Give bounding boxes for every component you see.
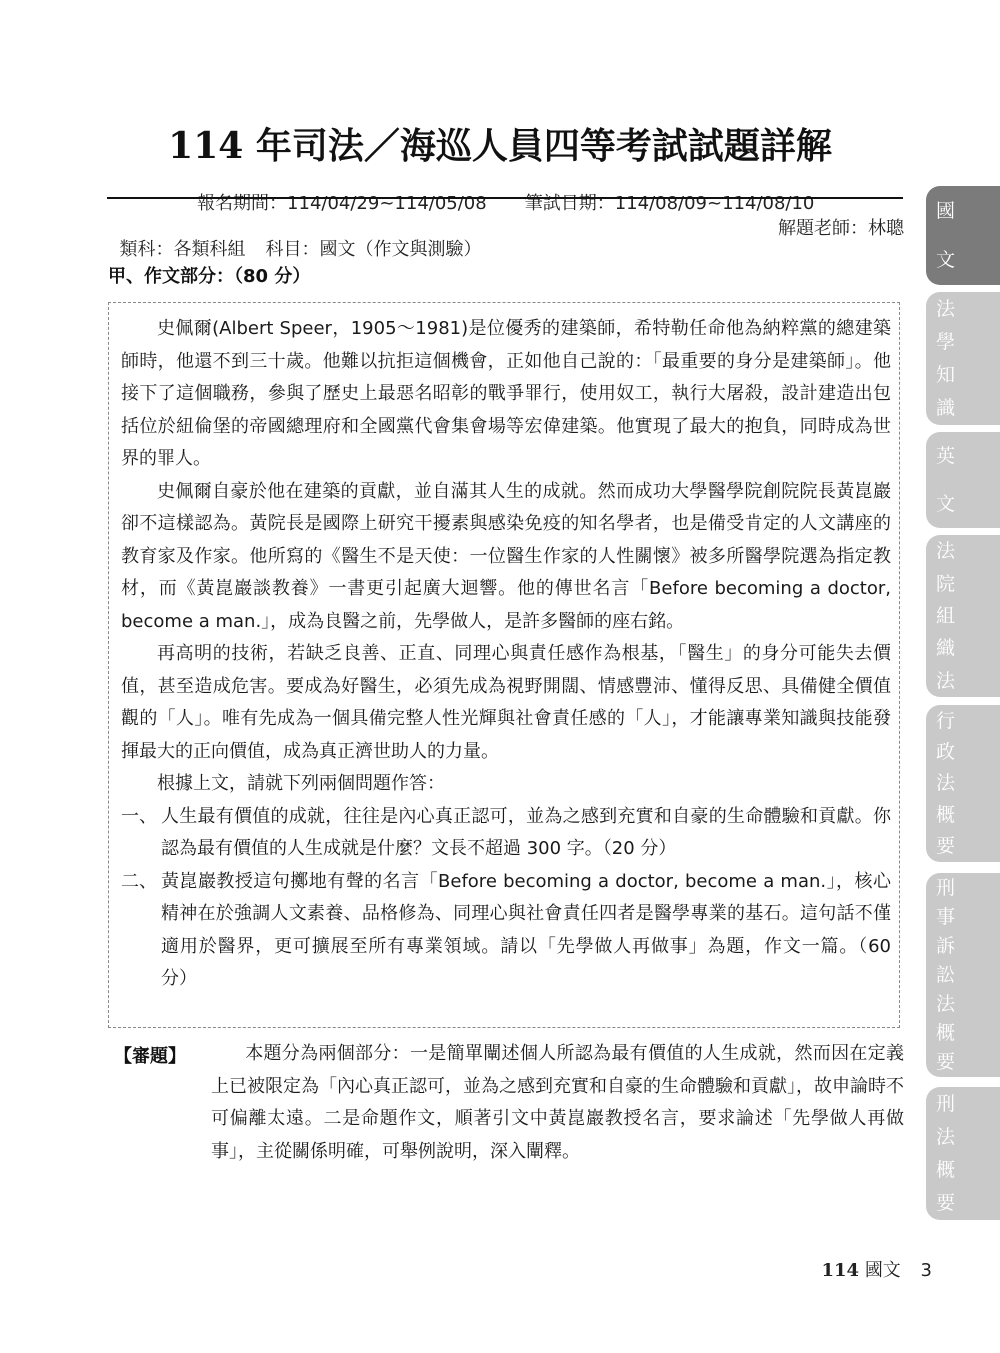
category-label: 類科：各類科組	[119, 239, 245, 260]
page-number: 3	[921, 1260, 932, 1281]
tab-chinese[interactable]: 國 文	[926, 186, 1000, 285]
title-divider	[107, 197, 903, 199]
review-text: 本題分為兩個部分：一是簡單闡述個人所認為最有價值的人生成就，然而因在定義上已被限…	[211, 1038, 904, 1168]
review-paragraph: 本題分為兩個部分：一是簡單闡述個人所認為最有價值的人生成就，然而因在定義上已被限…	[211, 1038, 904, 1168]
section-heading: 甲、作文部分：（80 分）	[108, 262, 310, 288]
question-number: 二、	[121, 866, 157, 899]
footer-subject: 國文	[865, 1260, 901, 1281]
question-1: 一、人生最有價值的成就，往往是內心真正認可，並為之感到充實和自豪的生命體驗和貢獻…	[121, 801, 891, 866]
tab-criminal-procedure-law[interactable]: 刑 事 訴 訟 法 概 要	[926, 873, 1000, 1077]
tab-administrative-law[interactable]: 行 政 法 概 要	[926, 705, 1000, 862]
question-text: 人生最有價值的成就，往往是內心真正認可，並為之感到充實和自豪的生命體驗和貢獻。你…	[161, 806, 891, 860]
tab-criminal-law[interactable]: 刑 法 概 要	[926, 1087, 1000, 1220]
passage-paragraph: 史佩爾自豪於他在建築的貢獻，並自滿其人生的成就。然而成功大學醫學院創院院長黃崑巖…	[121, 476, 891, 639]
passage-instruction: 根據上文，請就下列兩個問題作答：	[121, 768, 891, 801]
exam-schedule: 報名期間：114/04/29~114/05/08筆試日期：114/08/09~1…	[0, 168, 1000, 215]
exam-meta: 類科：各類科組科目：國文（作文與測驗）	[108, 214, 481, 261]
tab-english[interactable]: 英 文	[926, 432, 1000, 528]
footer-year: 114	[822, 1260, 860, 1281]
page-footer: 114 國文 3	[822, 1256, 933, 1282]
passage-paragraph: 再高明的技術，若缺乏良善、正直、同理心與責任感作為根基，「醫生」的身分可能失去價…	[121, 638, 891, 768]
question-text: 黃崑巖教授這句擲地有聲的名言「Before becoming a doctor,…	[161, 871, 891, 990]
question-2: 二、黃崑巖教授這句擲地有聲的名言「Before becoming a docto…	[121, 866, 891, 996]
question-number: 一、	[121, 801, 157, 834]
tab-law-knowledge[interactable]: 法 學 知 識	[926, 292, 1000, 425]
tab-court-organization-law[interactable]: 法 院 組 織 法	[926, 535, 1000, 697]
page-title: 114 年司法／海巡人員四等考試試題詳解	[0, 118, 1000, 169]
passage: 史佩爾(Albert Speer，1905～1981)是位優秀的建築師，希特勒任…	[121, 313, 891, 996]
review-label: 【審題】	[114, 1042, 186, 1068]
teacher-label: 解題老師：林聰	[778, 214, 904, 240]
passage-paragraph: 史佩爾(Albert Speer，1905～1981)是位優秀的建築師，希特勒任…	[121, 313, 891, 476]
subject-label: 科目：國文（作文與測驗）	[265, 239, 481, 260]
